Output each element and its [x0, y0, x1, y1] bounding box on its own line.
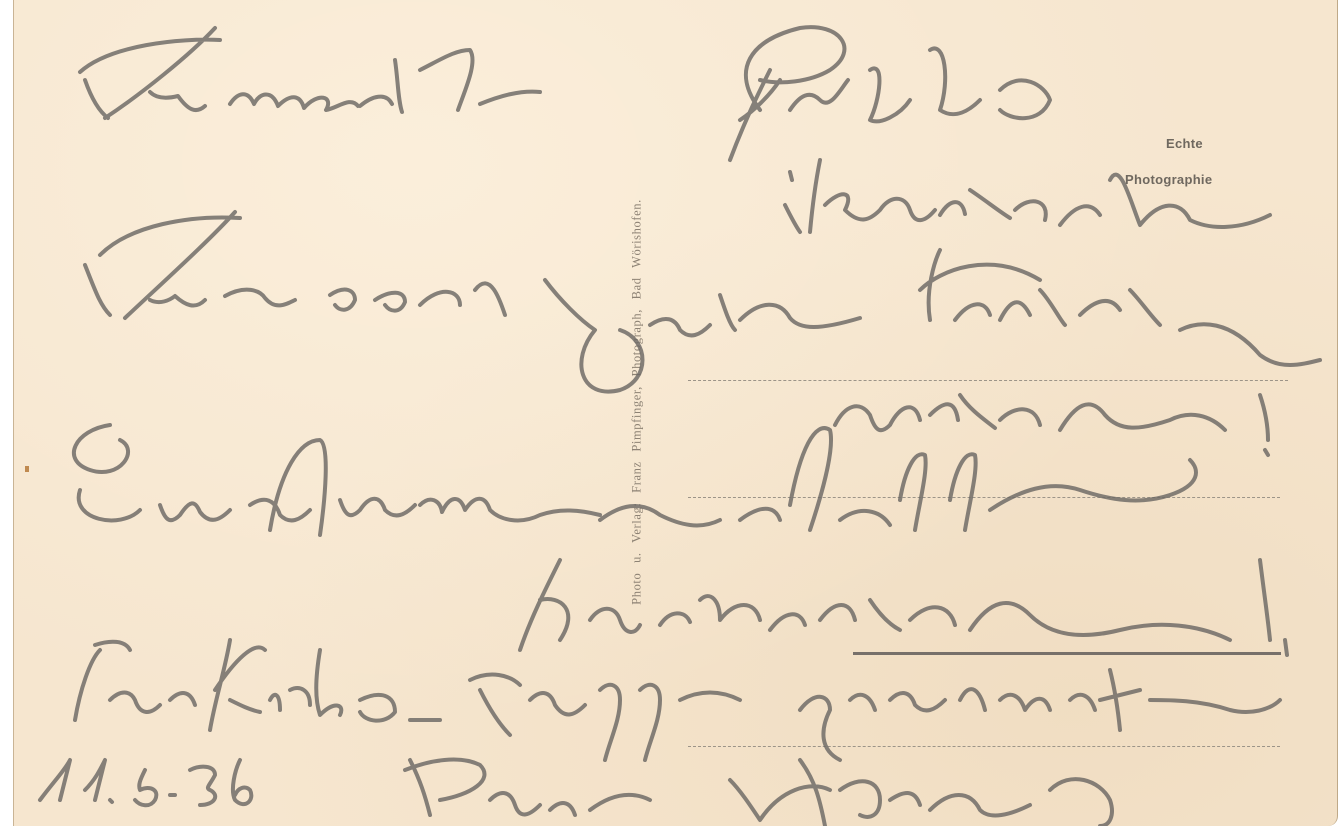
address-line-1	[688, 380, 1288, 381]
handwriting-line-5: Eure Nummer gefällt	[60, 460, 708, 530]
handwriting-line-4: arisch!	[830, 390, 1006, 448]
address-line-4	[688, 746, 1280, 747]
handwriting-line-2: ikarisch	[770, 170, 1012, 240]
stamp-echte: Echte	[1166, 136, 1203, 151]
handwriting-line-6: barbarisch!	[520, 580, 872, 650]
handwriting-line-1: Ihr macht Spiele	[70, 40, 577, 110]
handwriting-date: 11.5.36	[35, 755, 203, 806]
handwriting-signature: Paul Lincke	[400, 755, 754, 825]
handwriting-line-7: Der Kirks-Truppe gewidmet	[70, 670, 804, 730]
handwriting-line-3: Ihr seid gute Deutsche	[80, 260, 774, 330]
address-line-3	[853, 652, 1281, 655]
address-line-2	[688, 497, 1280, 498]
edge-stain	[25, 466, 29, 472]
stamp-photographie: Photographie	[1125, 172, 1212, 187]
